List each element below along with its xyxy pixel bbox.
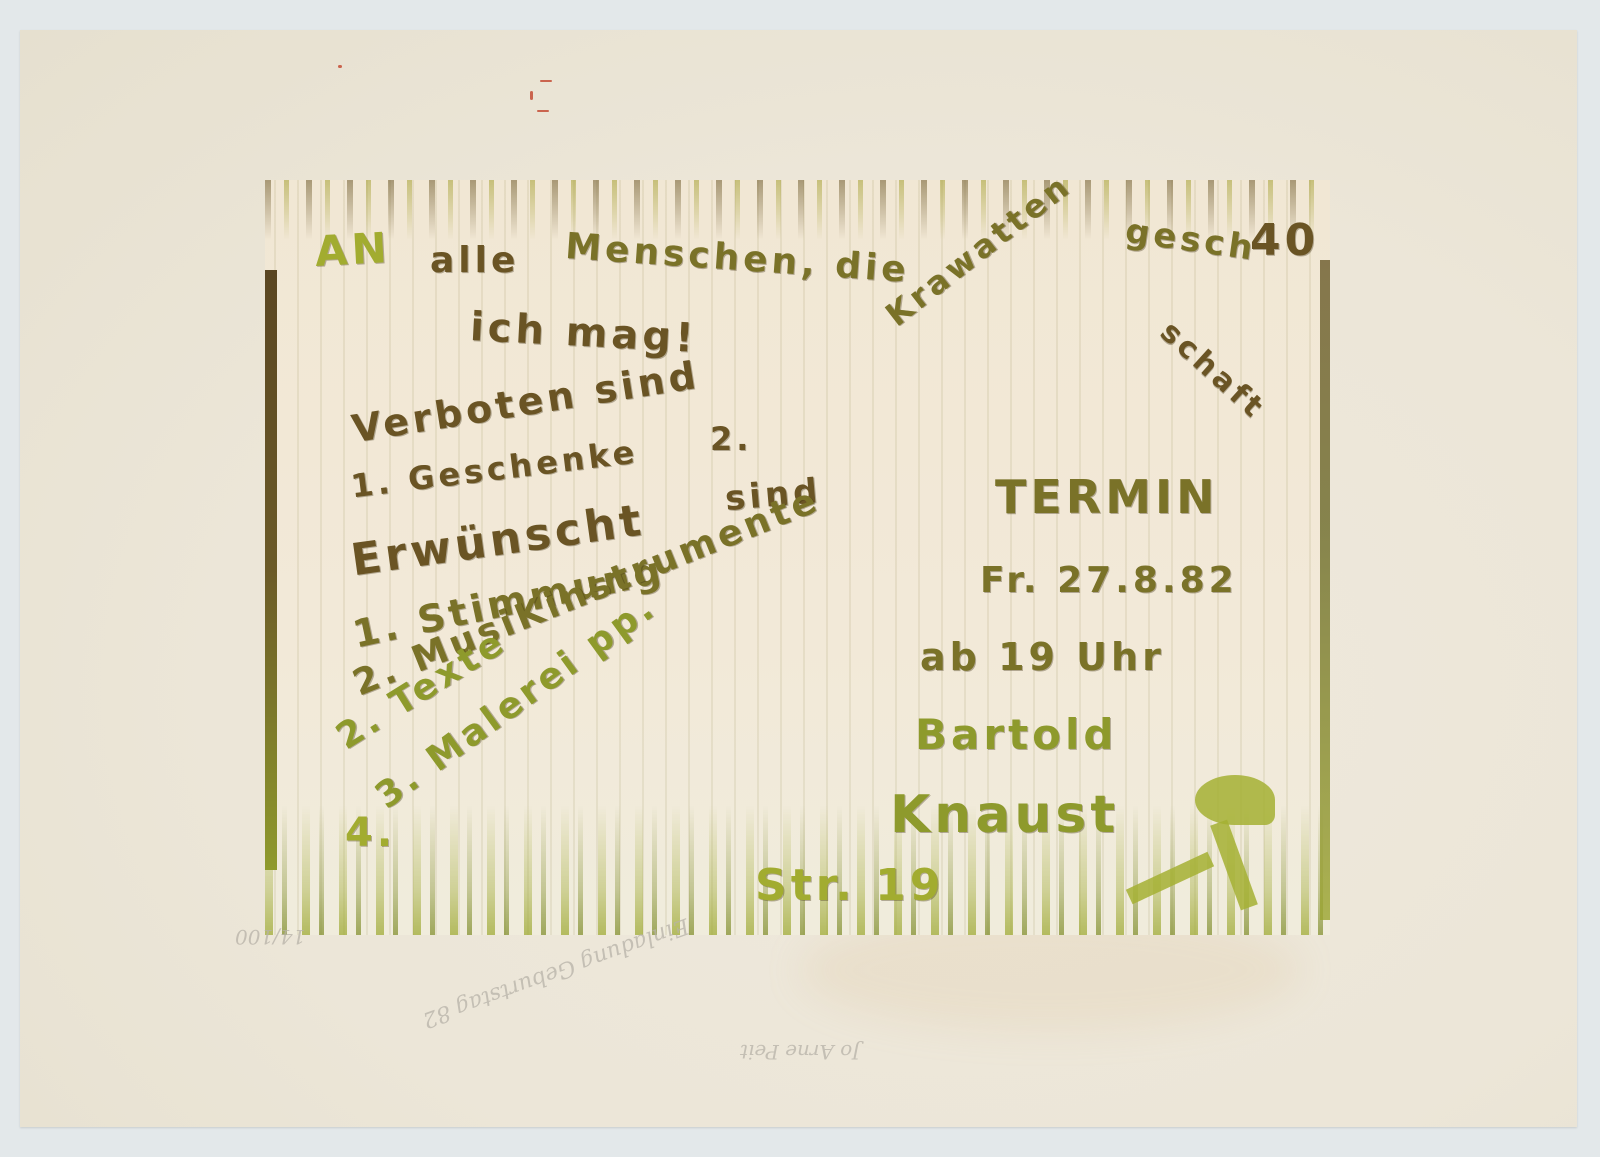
print-text-termin: TERMIN: [995, 470, 1219, 524]
paper-sheet: AN alle Menschen, die Krawatten gesch 40…: [20, 30, 1577, 1127]
print-text-alle: alle: [430, 240, 519, 281]
print-text-4: 4.: [345, 810, 396, 856]
red-ink-speck: [537, 110, 549, 112]
print-text-verboten: Verboten sind: [349, 353, 703, 451]
print-text-schaft: schaft: [1153, 314, 1272, 426]
print-border-right: [1320, 260, 1330, 920]
bird-figure: [1195, 775, 1275, 825]
pencil-edition-number: 14/100: [235, 925, 305, 949]
print-text-str: Str. 19: [755, 860, 944, 911]
red-ink-speck: [530, 91, 533, 100]
print-text-2: 2.: [710, 420, 752, 458]
woodcut-print-block: AN alle Menschen, die Krawatten gesch 40…: [265, 180, 1330, 935]
print-text-40: 40: [1250, 215, 1319, 266]
print-text-date: Fr. 27.8.82: [980, 560, 1238, 601]
print-text-an: AN: [314, 223, 392, 276]
print-text-ich-mag: ich mag!: [469, 304, 698, 362]
red-ink-speck: [338, 65, 342, 68]
print-text-knaust: Knaust: [890, 785, 1119, 845]
red-ink-speck: [540, 80, 552, 82]
print-border-left: [265, 270, 277, 870]
print-text-time: ab 19 Uhr: [920, 635, 1165, 679]
pencil-signature: Jo Arne Peit: [740, 1040, 860, 1064]
print-text-bartold: Bartold: [915, 710, 1117, 759]
